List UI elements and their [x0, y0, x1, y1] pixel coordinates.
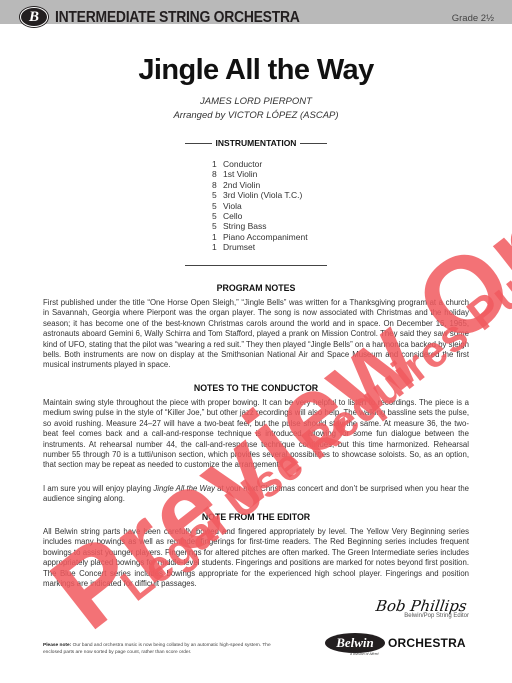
instrument-item: 5String Bass [212, 221, 308, 231]
editor-note-text: All Belwin string parts have been carefu… [43, 527, 469, 589]
instrument-item: 53rd Violin (Viola T.C.) [212, 190, 308, 200]
instrument-qty: 5 [212, 221, 223, 231]
instrument-item: 1Conductor [212, 159, 308, 169]
instrument-part: 3rd Violin (Viola T.C.) [223, 190, 302, 200]
instrumentation-heading: INSTRUMENTATION [185, 138, 327, 148]
series-title: INTERMEDIATE STRING ORCHESTRA [55, 9, 300, 27]
publisher-logo: Belwin ORCHESTRA [325, 633, 466, 653]
footnote-text: Our band and orchestra music is now bein… [43, 643, 271, 655]
grade-label: Grade 2½ [452, 13, 494, 24]
belwin-badge-icon: Belwin [325, 633, 385, 653]
instrument-item: 82nd Violin [212, 180, 308, 190]
piece-title: Jingle All the Way [0, 54, 512, 87]
publisher-name: ORCHESTRA [388, 636, 466, 650]
instrument-item: 1Piano Accompaniment [212, 232, 308, 242]
instrument-qty: 8 [212, 180, 223, 190]
composer: JAMES LORD PIERPONT [0, 96, 512, 107]
editor-note-heading: NOTE FROM THE EDITOR [0, 512, 512, 522]
program-notes-heading: PROGRAM NOTES [0, 283, 512, 293]
instrument-part: 2nd Violin [223, 180, 260, 190]
instrument-part: Cello [223, 211, 242, 221]
instrument-qty: 1 [212, 242, 223, 252]
closing-title: Jingle All the Way [153, 484, 215, 493]
divider [300, 143, 327, 144]
instrument-qty: 5 [212, 190, 223, 200]
instrument-part: 1st Violin [223, 169, 257, 179]
instrument-part: String Bass [223, 221, 266, 231]
instrument-qty: 8 [212, 169, 223, 179]
footnote-label: Please note: [43, 643, 71, 648]
conductor-notes-text: Maintain swing style throughout the piec… [43, 398, 469, 471]
instrument-qty: 5 [212, 201, 223, 211]
closing-text: I am sure you will enjoy playing [43, 484, 153, 493]
instrument-item: 1Drumset [212, 242, 308, 252]
publisher-tagline: a division of Alfred [350, 652, 378, 656]
instrument-item: 5Cello [212, 211, 308, 221]
footnote: Please note: Our band and orchestra musi… [43, 643, 283, 656]
instrument-qty: 5 [212, 211, 223, 221]
belwin-logo-icon: B [20, 7, 48, 27]
instrumentation-label: INSTRUMENTATION [216, 138, 297, 148]
instrument-part: Drumset [223, 242, 255, 252]
divider [185, 143, 212, 144]
instrument-qty: 1 [212, 232, 223, 242]
conductor-notes-closing: I am sure you will enjoy playing Jingle … [43, 484, 469, 505]
editor-title: Belwin/Pop String Editor [404, 613, 469, 619]
arranger: Arranged by VICTOR LÓPEZ (ASCAP) [0, 110, 512, 121]
conductor-notes-heading: NOTES TO THE CONDUCTOR [0, 383, 512, 393]
instrument-qty: 1 [212, 159, 223, 169]
instrumentation-list: 1Conductor81st Violin82nd Violin53rd Vio… [212, 159, 308, 253]
instrument-item: 5Viola [212, 201, 308, 211]
instrument-item: 81st Violin [212, 169, 308, 179]
instrument-part: Conductor [223, 159, 262, 169]
instrument-part: Piano Accompaniment [223, 232, 308, 242]
program-notes-text: First published under the title “One Hor… [43, 298, 469, 371]
divider [185, 265, 327, 266]
instrument-part: Viola [223, 201, 242, 211]
